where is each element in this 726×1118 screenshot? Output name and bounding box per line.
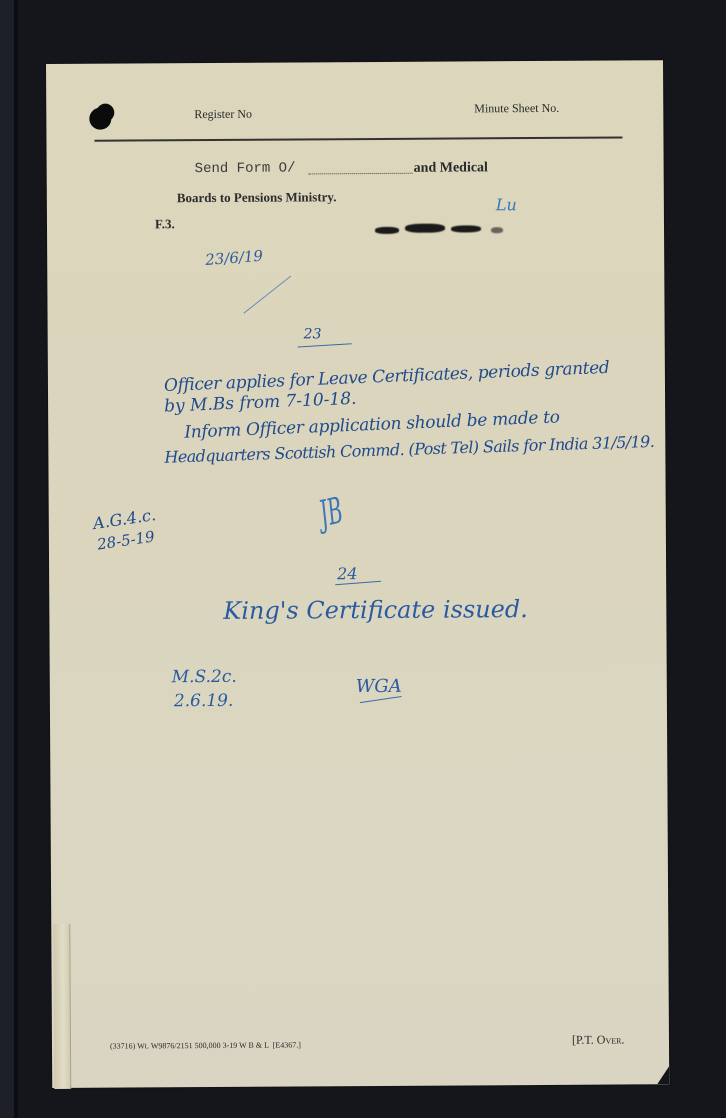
entry-24-number: 24 xyxy=(337,564,357,583)
footer-print-code: (33716) Wt. W9876/2151 500,000 3-19 W B … xyxy=(110,1040,301,1050)
punch-hole xyxy=(96,104,114,122)
paper-fold xyxy=(53,924,71,1089)
entry-23-date-stamp: 23/6/19 xyxy=(205,247,264,269)
stamp-line1-prefix: Send Form O/ xyxy=(195,160,296,177)
stamp-smudge xyxy=(375,227,399,234)
minute-sheet-no-label: Minute Sheet No. xyxy=(474,101,559,117)
stamp-initials: Lu xyxy=(496,195,517,214)
footer-pto: [P.T. Over. xyxy=(572,1032,625,1047)
minute-sheet-paper: Register No Minute Sheet No. Send Form O… xyxy=(46,60,669,1088)
backdrop-edge xyxy=(14,0,18,1118)
stamp-fill-line xyxy=(309,173,413,175)
register-no-label: Register No xyxy=(194,107,252,122)
date-stroke xyxy=(244,276,292,314)
corner-tear xyxy=(657,1066,669,1084)
stamp-smudge xyxy=(451,225,481,232)
entry-24-line1: King's Certificate issued. xyxy=(223,595,528,625)
stamp-code: F.3. xyxy=(155,216,175,232)
stamp-line1-suffix: and Medical xyxy=(414,160,488,176)
stamp-line2: Boards to Pensions Ministry. xyxy=(177,189,337,206)
entry-24-signature: WGA xyxy=(356,676,402,697)
entry-24-sender-date: 2.6.19. xyxy=(174,691,234,711)
entry-23-number: 23 xyxy=(304,326,322,342)
stamp-smudge xyxy=(491,227,503,233)
entry-23-signature: JB xyxy=(316,490,347,535)
header-rule xyxy=(94,136,622,141)
backdrop-strip xyxy=(0,0,14,1118)
entry-23-line1: Officer applies for Leave Certificates, … xyxy=(164,358,610,396)
number-underline xyxy=(298,343,352,347)
stamp-smudge xyxy=(405,224,445,233)
entry-24-sender: M.S.2c. xyxy=(172,667,237,687)
